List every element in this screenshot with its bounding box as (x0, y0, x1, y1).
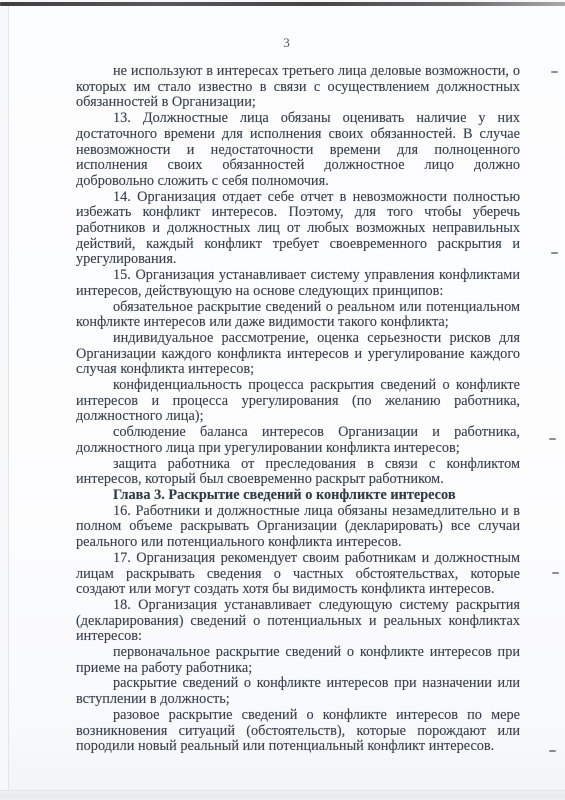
document-body: не используют в интересах третьего лица … (76, 64, 520, 755)
disclosure-item: разовое раскрытие сведений о конфликте и… (76, 708, 520, 755)
scan-artifact-mark (551, 71, 558, 73)
scan-artifact-mark (549, 750, 556, 752)
scanned-page: не используют в интересах третьего лица … (8, 6, 565, 791)
page-bottom-shadow (0, 790, 565, 800)
principle-item: индивидуальное рассмотрение, оценка серь… (76, 331, 520, 378)
paragraph-16: 16. Работники и должностные лица обязаны… (76, 504, 520, 551)
paragraph-17: 17. Организация рекомендует своим работн… (76, 551, 520, 598)
page-number: 3 (8, 35, 565, 51)
principle-item: обязательное раскрытие сведений о реальн… (76, 300, 520, 331)
principle-item: конфиденциальность процесса раскрытия св… (76, 378, 520, 425)
scan-artifact-mark (549, 438, 556, 440)
scan-artifact-mark (551, 252, 558, 254)
paragraph: не используют в интересах третьего лица … (76, 64, 520, 111)
disclosure-item: раскрытие сведений о конфликте интересов… (76, 676, 520, 707)
paragraph-14: 14. Организация отдает себе отчет в нево… (76, 190, 520, 269)
principle-item: защита работника от преследования в связ… (76, 457, 520, 488)
principle-item: соблюдение баланса интересов Организации… (76, 425, 520, 456)
paragraph-13: 13. Должностные лица обязаны оценивать н… (76, 111, 520, 190)
paragraph-15: 15. Организация устанавливает систему уп… (76, 268, 520, 299)
scan-artifact-mark (552, 572, 559, 574)
paragraph-18: 18. Организация устанавливает следующую … (76, 598, 520, 645)
chapter-heading: Глава 3. Раскрытие сведений о конфликте … (76, 488, 520, 504)
disclosure-item: первоначальное раскрытие сведений о конф… (76, 645, 520, 676)
